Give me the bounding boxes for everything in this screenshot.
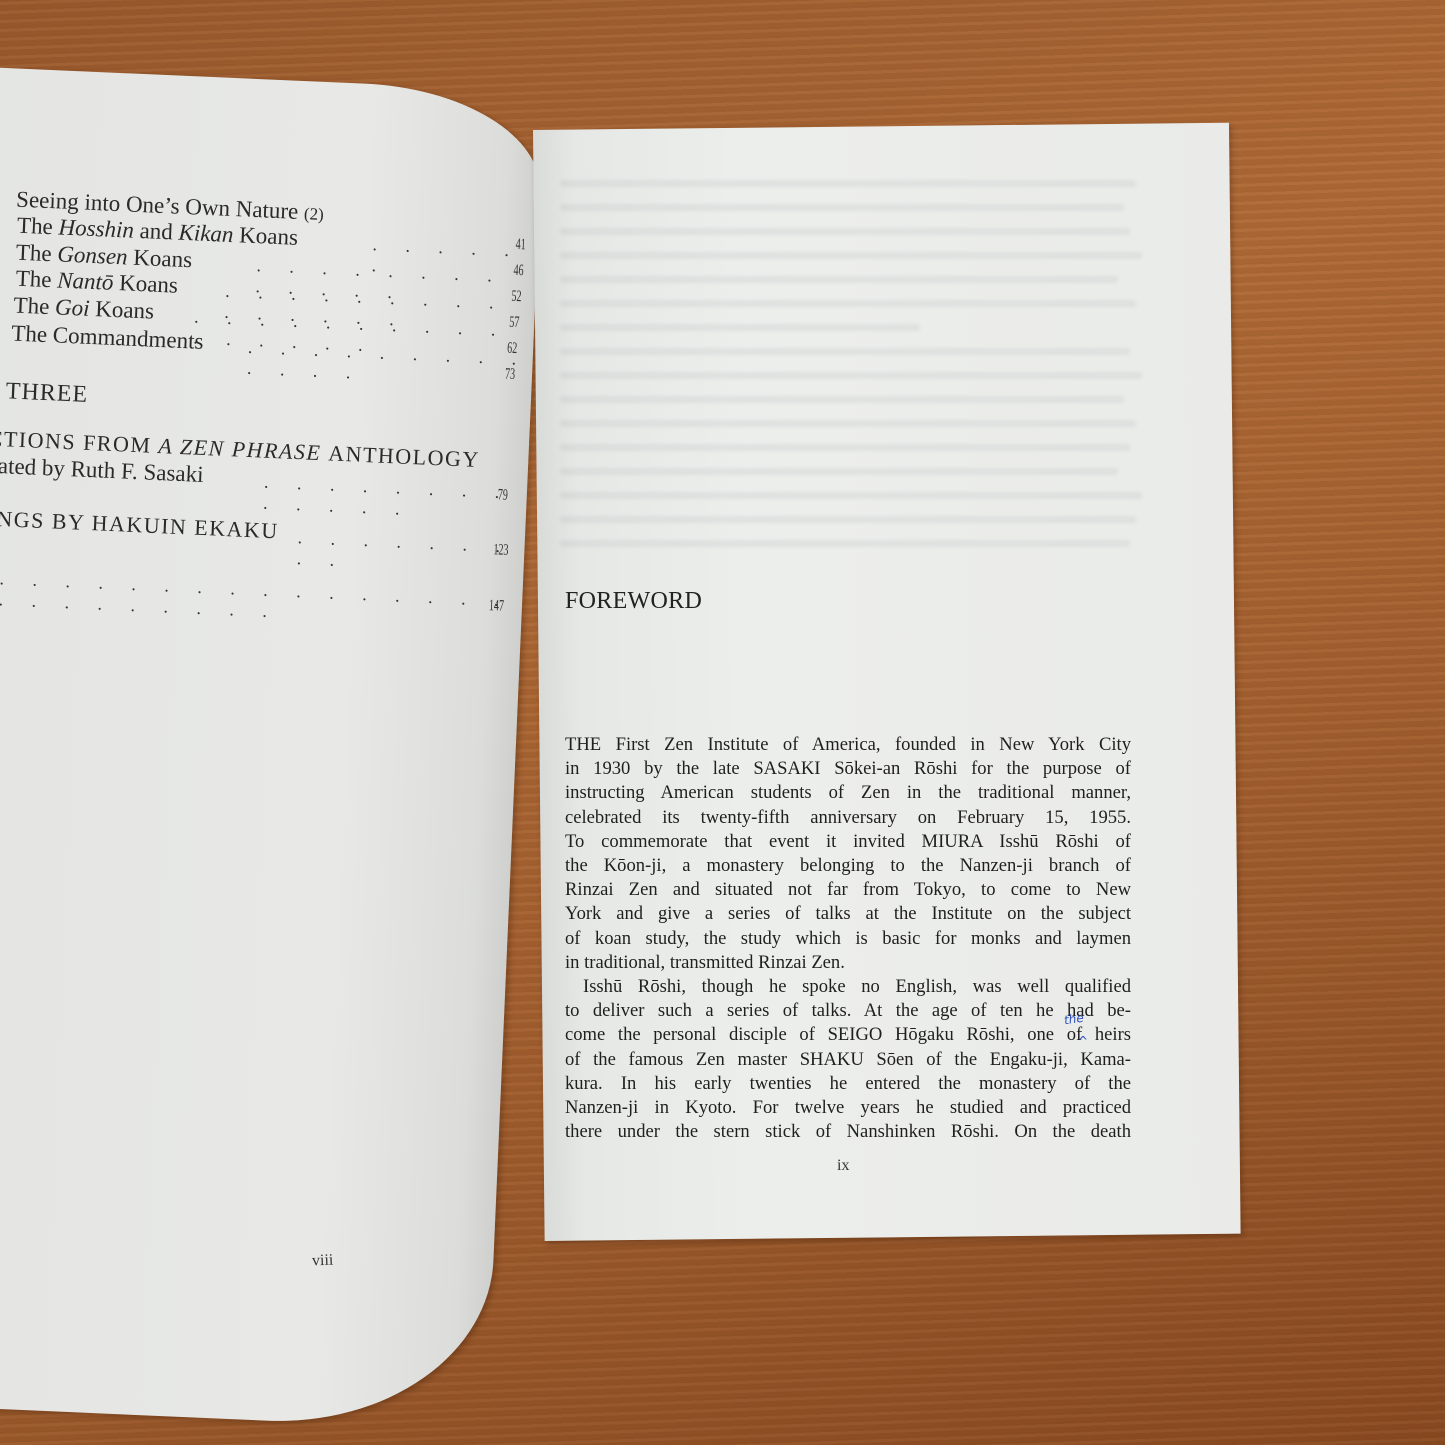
toc-leader-dots: . . . . . . . . . . . . . bbox=[263, 472, 528, 525]
ghost-line bbox=[560, 276, 1118, 283]
paragraph: Isshū Rōshi, though he spoke no English,… bbox=[565, 975, 1131, 1144]
toc-entry[interactable]: . The Commandments bbox=[0, 320, 204, 355]
text-line: in 1930 by the late SASAKI Sōkei-an Rōsh… bbox=[565, 757, 1131, 781]
text-line: come the personal disciple of SEIGO Hōga… bbox=[565, 1023, 1131, 1047]
ghost-line bbox=[560, 420, 1136, 427]
table-of-contents: Seeing into One’s Own Nature (2) The Hos… bbox=[0, 66, 544, 1430]
toc-page-number: 52 bbox=[511, 288, 522, 306]
text-line: THE First Zen Institute of America, foun… bbox=[565, 733, 1131, 757]
toc-page-number: 57 bbox=[509, 314, 520, 332]
insertion-caret-mark: ^ bbox=[1078, 1034, 1088, 1048]
ghost-line bbox=[560, 372, 1142, 379]
toc-page-number: 147 bbox=[489, 597, 505, 615]
handwritten-annotation: the bbox=[1063, 1011, 1084, 1028]
toc-entry-drawings[interactable]: VINGS BY HAKUIN EKAKU bbox=[0, 505, 279, 544]
ghost-line bbox=[560, 228, 1130, 235]
ghost-line bbox=[560, 516, 1136, 523]
ghost-line bbox=[560, 444, 1130, 451]
text-line: To commemorate that event it invited MIU… bbox=[565, 830, 1131, 854]
text-line: of the famous Zen master SHAKU Sōen of t… bbox=[565, 1048, 1131, 1072]
text-line: of koan study, the study which is basic … bbox=[565, 927, 1131, 951]
page-number-left: viii bbox=[312, 1252, 334, 1271]
ghost-line bbox=[560, 324, 920, 331]
show-through-text bbox=[560, 180, 1160, 610]
toc-page-number: 73 bbox=[505, 366, 516, 384]
toc-page-number: 123 bbox=[493, 541, 509, 559]
foreword-body: THE First Zen Institute of America, foun… bbox=[565, 733, 1131, 1144]
text-line: Rinzai Zen and situated not far from Tok… bbox=[565, 878, 1131, 902]
ghost-line bbox=[560, 396, 1124, 403]
foreword-title: FOREWORD bbox=[565, 588, 702, 615]
ghost-line bbox=[560, 300, 1136, 307]
text-line: the Kōon-ji, a monastery belonging to th… bbox=[565, 854, 1131, 878]
toc-page-number: 62 bbox=[507, 340, 518, 358]
left-page: Seeing into One’s Own Nature (2) The Hos… bbox=[0, 66, 544, 1430]
text-line: Isshū Rōshi, though he spoke no English,… bbox=[565, 975, 1131, 999]
toc-leader-dots: . . . . . . . . . bbox=[296, 527, 525, 579]
ghost-line bbox=[560, 252, 1142, 259]
text-line: to deliver such a series of talks. At th… bbox=[565, 999, 1131, 1023]
text-line: there under the stern stick of Nanshinke… bbox=[565, 1120, 1131, 1144]
text-line: Nanzen-ji in Kyoto. For twelve years he … bbox=[565, 1096, 1131, 1120]
text-line: celebrated its twenty-fifth anniversary … bbox=[565, 806, 1131, 830]
ghost-line bbox=[560, 180, 1136, 187]
ghost-line bbox=[560, 348, 1130, 355]
text-line: in traditional, transmitted Rinzai Zen. bbox=[565, 951, 1131, 975]
ghost-line bbox=[560, 468, 1118, 475]
paragraph: THE First Zen Institute of America, foun… bbox=[565, 733, 1131, 975]
part-heading: THREE bbox=[5, 378, 88, 409]
page-number-right: ix bbox=[837, 1157, 849, 1175]
toc-leader-dots: . . . . . . . . . . . . . . . . . . . . … bbox=[0, 568, 523, 633]
toc-page-number: 79 bbox=[497, 487, 508, 505]
toc-page-number: 46 bbox=[513, 262, 524, 280]
ghost-line bbox=[560, 540, 1130, 547]
ghost-line bbox=[560, 204, 1124, 211]
ghost-line bbox=[560, 492, 1142, 499]
text-line: kura. In his early twenties he entered t… bbox=[565, 1072, 1131, 1096]
text-line: instructing American students of Zen in … bbox=[565, 781, 1131, 805]
toc-page-number: 41 bbox=[515, 236, 526, 254]
text-line: York and give a series of talks at the I… bbox=[565, 902, 1131, 926]
